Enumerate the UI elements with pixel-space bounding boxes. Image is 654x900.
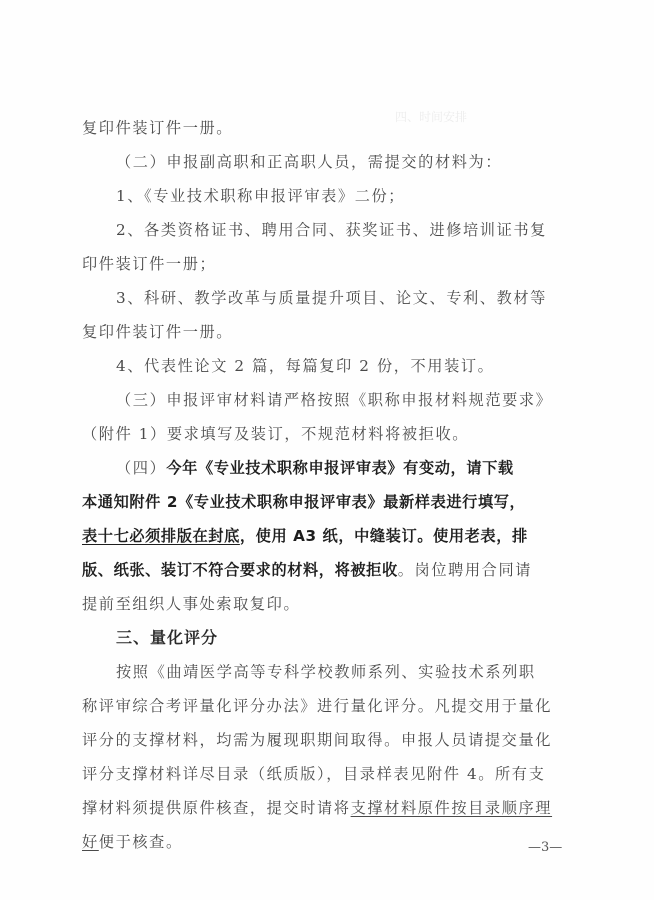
section3-line4: 评分支撑材料详尽目录（纸质版），目录样表见附件 4。所有支 [82,764,582,784]
list-item-2-cont: 印件装订件一册； [82,254,582,274]
subsection-heading-3: （三）申报评审材料请严格按照《职称申报材料规范要求》 [116,390,616,410]
bold-rejection-notice: 版、纸张、装订不符合要求的材料，将被拒收 [82,561,398,579]
subsection-4-line4: 版、纸张、装订不符合要求的材料，将被拒收。岗位聘用合同请 [82,560,582,580]
subsection-3-cont: （附件 1）要求填写及装订，不规范材料将被拒收。 [82,424,582,444]
underlined-instruction-end: 好 [82,833,99,851]
section3-line6-rest: 便于核查。 [99,833,183,851]
subsection-4-line1: （四）今年《专业技术职称申报评审表》有变动，请下载 [116,458,616,478]
section3-line5-plain: 撑材料须提供原件核查，提交时请将 [82,799,351,817]
bold-notice-cont: ，使用 A3 纸，中缝装订。使用老表，排 [240,527,528,545]
subsection-4-line2: 本通知附件 2《专业技术职称申报评审表》最新样表进行填写， [82,492,582,512]
underlined-requirement: 表十七必须排版在封底 [82,527,240,545]
section3-line3: 评分的支撑材料，均需为履现职期间取得。申报人员请提交量化 [82,730,582,750]
text-line: 复印件装订件一册。 [82,118,582,138]
subsection-4-prefix: （四） [116,459,166,477]
subsection-4-line5: 提前至组织人事处索取复印。 [82,594,582,614]
list-item-1: 1、《专业技术职称申报评审表》二份； [116,186,616,206]
section3-line2: 称评审综合考评量化评分办法》进行量化评分。凡提交用于量化 [82,696,582,716]
section-heading: 三、量化评分 [116,628,616,648]
subsection-heading-2: （二）申报副高职和正高职人员，需提交的材料为： [116,152,616,172]
list-item-3-cont: 复印件装订件一册。 [82,322,582,342]
section3-line1: 按照《曲靖医学高等专科学校教师系列、实验技术系列职 [116,662,616,682]
document-page: 四、时间安排 复印件装订件一册。 （二）申报副高职和正高职人员，需提交的材料为：… [0,0,654,900]
list-item-3: 3、科研、教学改革与质量提升项目、论文、专利、教材等 [116,288,616,308]
bold-notice: 今年《专业技术职称申报评审表》有变动，请下载 [166,459,513,477]
underlined-instruction: 支撑材料原件按目录顺序理 [351,799,552,817]
page-number: —3— [528,840,562,855]
list-item-4: 4、代表性论文 2 篇，每篇复印 2 份，不用装订。 [116,356,616,376]
contract-note: 。岗位聘用合同请 [398,561,532,579]
section3-line6: 好便于核查。 [82,832,582,852]
list-item-2: 2、各类资格证书、聘用合同、获奖证书、进修培训证书复 [116,220,616,240]
subsection-4-line3: 表十七必须排版在封底，使用 A3 纸，中缝装订。使用老表，排 [82,526,582,546]
section3-line5: 撑材料须提供原件核查，提交时请将支撑材料原件按目录顺序理 [82,798,582,818]
